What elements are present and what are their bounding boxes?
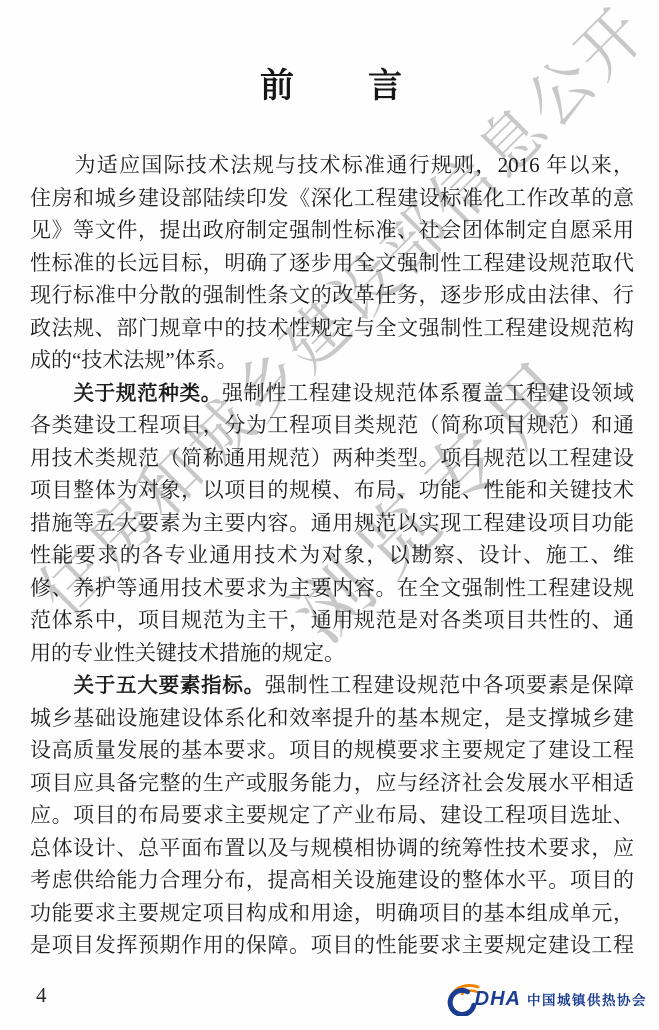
logo-acronym-text: DHA (475, 988, 521, 1011)
paragraph-2-line-6: 性能要求的各专业通用技术为对象，以勘察、设计、施工、维 (30, 539, 634, 572)
paragraph-2-line-3: 用技术类规范（简称通用规范）两种类型。项目规范以工程建设 (30, 442, 634, 475)
document-page: 住房和城乡建设部信息公开 浏览专用 前 言 为适应国际技术法规与技术标准通行规则… (0, 0, 659, 1030)
paragraph-2-line-5: 措施等五大要素为主要内容。通用规范以实现工程建设项目功能 (30, 507, 634, 540)
paragraph-2-line-4: 项目整体为对象，以项目的规模、布局、功能、性能和关键技术 (30, 474, 634, 507)
paragraph-2-line-8: 范体系中，项目规范为主干，通用规范是对各类项目共性的、通 (30, 604, 634, 637)
paragraph-1-line-2: 住房和城乡建设部陆续印发《深化工程建设标准化工作改革的意 (30, 182, 634, 215)
paragraph-1-line-7: 成的“技术法规”体系。 (30, 344, 634, 377)
paragraph-3-line-1: 关于五大要素指标。强制性工程建设规范中各项要素是保障 (30, 669, 634, 702)
page-title: 前 言 (30, 58, 634, 107)
paragraph-3-line-4: 项目应具备完整的生产或服务能力，应与经济社会发展水平相适 (30, 767, 634, 800)
paragraph-2-line-2: 各类建设工程项目，分为工程项目类规范（简称项目规范）和通 (30, 409, 634, 442)
paragraph-3-line-8: 功能要求主要规定项目构成和用途，明确项目的基本组成单元， (30, 897, 634, 930)
paragraph-1-line-5: 现行标准中分散的强制性条文的改革任务，逐步形成由法律、行 (30, 279, 634, 312)
paragraph-3-line-3: 设高质量发展的基本要求。项目的规模要求主要规定了建设工程 (30, 734, 634, 767)
paragraph-3-line-6: 总体设计、总平面布置以及与规模相协调的统筹性技术要求，应 (30, 832, 634, 865)
logo-organization-name: 中国城镇供热协会 (527, 989, 647, 1009)
paragraph-3-line-7: 考虑供给能力合理分布，提高相关设施建设的整体水平。项目的 (30, 864, 634, 897)
paragraph-1-line-4: 性标准的长远目标，明确了逐步用全文强制性工程建设规范取代 (30, 247, 634, 280)
paragraph-1-line-3: 见》等文件，提出政府制定强制性标准、社会团体制定自愿采用 (30, 214, 634, 247)
body-text: 为适应国际技术法规与技术标准通行规则，2016 年以来，住房和城乡建设部陆续印发… (30, 149, 634, 962)
paragraph-2-line-9: 用的专业性关键技术措施的规定。 (30, 637, 634, 670)
paragraph-2-line-1: 关于规范种类。强制性工程建设规范体系覆盖工程建设领域 (30, 377, 634, 410)
paragraph-3-line-9: 是项目发挥预期作用的保障。项目的性能要求主要规定建设工程 (30, 929, 634, 962)
paragraph-2-line-7: 修、养护等通用技术要求为主要内容。在全文强制性工程建设规 (30, 572, 634, 605)
page-number: 4 (36, 983, 47, 1008)
paragraph-1-line-1: 为适应国际技术法规与技术标准通行规则，2016 年以来， (30, 149, 634, 182)
paragraph-3-line-2: 城乡基础设施建设体系化和效率提升的基本规定，是支撑城乡建 (30, 702, 634, 735)
paragraph-1-line-6: 政法规、部门规章中的技术性规定与全文强制性工程建设规范构 (30, 312, 634, 345)
paragraph-3-line-5: 应。项目的布局要求主要规定了产业布局、建设工程项目选址、 (30, 799, 634, 832)
association-logo: DHA 中国城镇供热协会 (441, 982, 647, 1016)
